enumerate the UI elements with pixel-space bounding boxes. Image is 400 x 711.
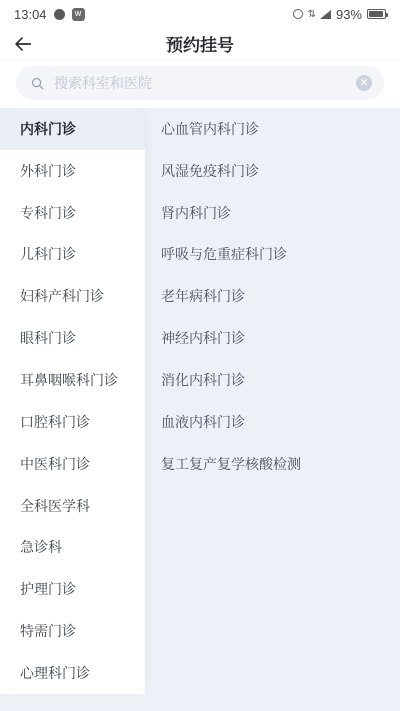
department-browser: 内科门诊外科门诊专科门诊儿科门诊妇科产科门诊眼科门诊耳鼻咽喉科门诊口腔科门诊中医…: [0, 108, 400, 711]
search-section: ✕: [0, 60, 400, 108]
department-item[interactable]: 血液内科门诊: [145, 401, 400, 443]
department-item[interactable]: 老年病科门诊: [145, 275, 400, 317]
message-icon: [54, 9, 65, 20]
data-saver-icon: [293, 9, 303, 19]
search-input[interactable]: [54, 75, 356, 91]
battery-icon: [367, 9, 386, 19]
sidebar-item[interactable]: 耳鼻咽喉科门诊: [0, 359, 145, 401]
sidebar-item[interactable]: 口腔科门诊: [0, 401, 145, 443]
clock-text: 13:04: [14, 7, 47, 22]
department-item[interactable]: 呼吸与危重症科门诊: [145, 234, 400, 276]
search-icon: [30, 76, 45, 91]
network-arrows-icon: ⇅: [308, 9, 315, 20]
sidebar-item[interactable]: 眼科门诊: [0, 317, 145, 359]
back-arrow-icon: [12, 33, 34, 55]
sidebar-item[interactable]: 全科医学科: [0, 485, 145, 527]
sidebar-item[interactable]: 特需门诊: [0, 610, 145, 652]
department-item[interactable]: 肾内科门诊: [145, 192, 400, 234]
search-box[interactable]: ✕: [16, 66, 384, 100]
sidebar-item[interactable]: 急诊科: [0, 526, 145, 568]
department-list: 心血管内科门诊风湿免疫科门诊肾内科门诊呼吸与危重症科门诊老年病科门诊神经内科门诊…: [145, 108, 400, 485]
sidebar-item[interactable]: 儿科门诊: [0, 234, 145, 276]
app-notification-icon: W: [72, 8, 85, 21]
sidebar-item[interactable]: 中医科门诊: [0, 443, 145, 485]
department-item[interactable]: 复工复产复学核酸检测: [145, 443, 400, 485]
department-item[interactable]: 神经内科门诊: [145, 317, 400, 359]
sidebar-item[interactable]: 内科门诊: [0, 108, 145, 150]
nav-header: 预约挂号: [0, 28, 400, 60]
department-item[interactable]: 风湿免疫科门诊: [145, 150, 400, 192]
battery-percent: 93%: [336, 7, 362, 22]
sidebar-item[interactable]: 专科门诊: [0, 192, 145, 234]
sidebar-item[interactable]: 护理门诊: [0, 568, 145, 610]
sidebar-item[interactable]: 妇科产科门诊: [0, 275, 145, 317]
category-sidebar: 内科门诊外科门诊专科门诊儿科门诊妇科产科门诊眼科门诊耳鼻咽喉科门诊口腔科门诊中医…: [0, 108, 145, 694]
sidebar-item[interactable]: 外科门诊: [0, 150, 145, 192]
status-bar: 13:04 W ⇅ 93%: [0, 0, 400, 28]
department-item[interactable]: 消化内科门诊: [145, 359, 400, 401]
signal-icon: [320, 10, 331, 19]
department-item[interactable]: 心血管内科门诊: [145, 108, 400, 150]
page-title: 预约挂号: [166, 31, 234, 56]
back-button[interactable]: [12, 28, 52, 59]
clear-icon[interactable]: ✕: [356, 75, 372, 91]
sidebar-item[interactable]: 心理科门诊: [0, 652, 145, 694]
